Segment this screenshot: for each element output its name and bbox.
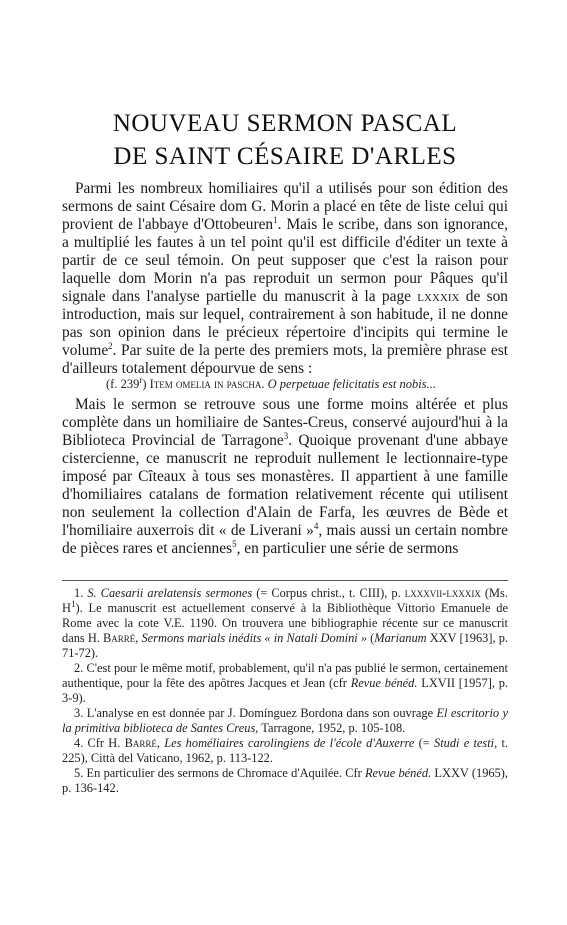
footnote-text: lxxxvii-lxxxix	[405, 586, 481, 600]
article-title-line-2: DE SAINT CÉSAIRE D'ARLES	[62, 141, 508, 173]
footnote-italic-title: Revue bénéd.	[365, 766, 431, 780]
folio-reference: (f. 239	[106, 377, 139, 391]
footnote-italic-title: Revue bénéd.	[351, 676, 418, 690]
paragraph-1-text-d: . Par suite de la perte des premiers mot…	[62, 342, 508, 377]
footnote-number: 3.	[74, 706, 83, 720]
article-title-line-1: NOUVEAU SERMON PASCAL	[62, 108, 508, 140]
paragraph-2: Mais le sermon se retrouve sous une form…	[62, 396, 508, 558]
footnote-text: Barré	[125, 736, 157, 750]
incipit-quotation: (f. 239r) Item omelia in pascha. O perpe…	[106, 376, 506, 392]
footnote-text: , Tarragone, 1952, p. 105-108.	[255, 721, 405, 735]
footnote-italic-title: Les homéliaires carolingiens de l'école …	[164, 736, 414, 750]
rubric-heading: Item omelia in pascha.	[150, 377, 265, 391]
footnote-text: L'analyse en est donnée par J. Domínguez…	[83, 706, 436, 720]
footnote-text: (= Corpus christ., t. CIII), p.	[252, 586, 405, 600]
footnote-text: Cfr H.	[83, 736, 124, 750]
footnote-italic-title: Sermons marials inédits « in Natali Domi…	[141, 631, 367, 645]
footnote-italic-title: Marianum	[374, 631, 426, 645]
footnote-text: Barré	[103, 631, 135, 645]
footnote-text: (=	[414, 736, 434, 750]
footnote-italic-title: S. Caesarii arelatensis sermones	[87, 586, 252, 600]
incipit-text: O perpetuae felicitatis est nobis...	[264, 377, 436, 391]
footnote-text: En particulier des sermons de Chromace d…	[83, 766, 365, 780]
footnote-4: 4. Cfr H. Barré, Les homéliaires carolin…	[62, 736, 508, 766]
footnote-italic-title: Studi e testi	[434, 736, 494, 750]
folio-close: )	[142, 377, 149, 391]
footnote-1: 1. S. Caesarii arelatensis sermones (= C…	[62, 586, 508, 661]
footnote-number: 5.	[74, 766, 83, 780]
footnotes: 1. S. Caesarii arelatensis sermones (= C…	[62, 586, 508, 796]
footnote-number: 4.	[74, 736, 83, 750]
footnote-3: 3. L'analyse en est donnée par J. Domíng…	[62, 706, 508, 736]
footnote-separator-rule	[62, 580, 508, 581]
footnote-number: 2.	[74, 661, 83, 675]
document-page: NOUVEAU SERMON PASCAL DE SAINT CÉSAIRE D…	[0, 0, 567, 925]
roman-numeral-page: lxxxix	[417, 288, 459, 305]
paragraph-2-text-d: , en particulier une série de sermons	[237, 540, 459, 557]
paragraph-1: Parmi les nombreux homiliaires qu'il a u…	[62, 180, 508, 378]
footnote-2: 2. C'est pour le même motif, probablemen…	[62, 661, 508, 706]
footnote-5: 5. En particulier des sermons de Chromac…	[62, 766, 508, 796]
